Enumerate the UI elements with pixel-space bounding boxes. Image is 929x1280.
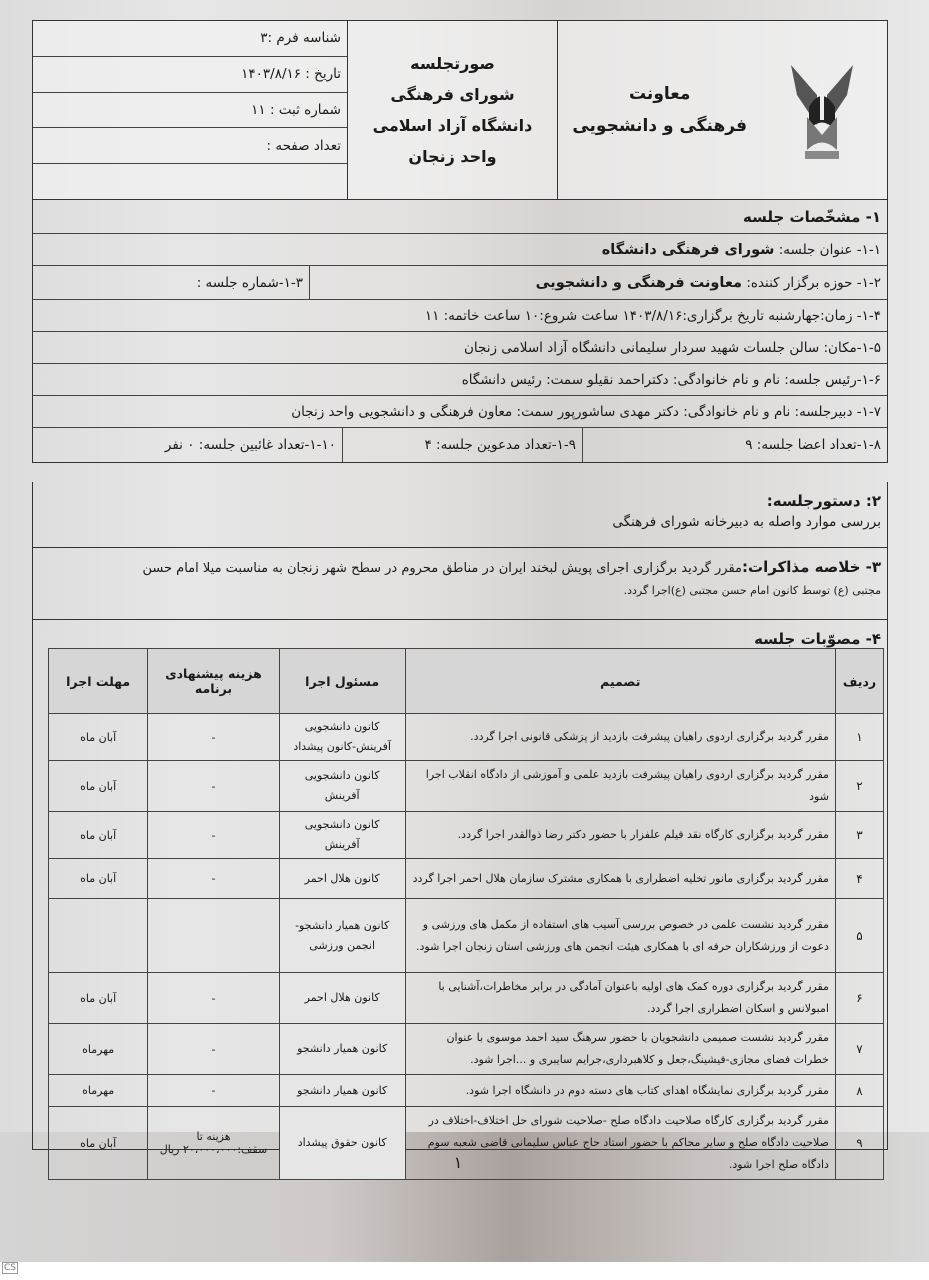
responsible-unit: کانون همیار دانشجو bbox=[279, 1024, 405, 1075]
decision-text: مقرر گردید نشست صمیمی دانشجویان با حضور … bbox=[405, 1024, 835, 1075]
row-number: ۶ bbox=[835, 973, 883, 1024]
responsible-unit: کانون دانشجویی آفرینش bbox=[279, 812, 405, 859]
table-row: ۶ مقرر گردید برگزاری دوره کمک های اولیه … bbox=[49, 973, 884, 1024]
form-id: شناسه فرم :۳ bbox=[33, 21, 347, 57]
responsible-unit: کانون هلال احمر bbox=[279, 973, 405, 1024]
row-number: ۵ bbox=[835, 899, 883, 973]
decision-text: مقرر گردید برگزاری اردوی راهیان پیشرفت ب… bbox=[405, 761, 835, 812]
deadline: آبان ماه bbox=[49, 761, 148, 812]
responsible-unit: کانون همیار دانشجو-انجمن ورزشی bbox=[279, 899, 405, 973]
agenda-heading: ۲: دستورجلسه: bbox=[33, 482, 887, 510]
responsible-unit: کانون هلال احمر bbox=[279, 859, 405, 899]
blank-meta-row bbox=[33, 164, 347, 199]
document-title: صورتجلسه شورای فرهنگی دانشگاه آزاد اسلام… bbox=[347, 21, 557, 199]
secretary-row: ۱-۷- دبیرجلسه: نام و نام خانوادگی: دکتر … bbox=[33, 396, 887, 428]
proposed-cost bbox=[148, 899, 279, 973]
registration-number: شماره ثبت : ۱۱ bbox=[33, 93, 347, 129]
row-number: ۸ bbox=[835, 1075, 883, 1107]
deadline: مهرماه bbox=[49, 1024, 148, 1075]
invitees-count: ۱-۹-تعداد مدعوین جلسه: ۴ bbox=[342, 428, 582, 462]
title-line: شورای فرهنگی bbox=[390, 79, 514, 110]
table-row: ۴ مقرر گردید برگزاری مانور تخلیه اضطراری… bbox=[49, 859, 884, 899]
proposed-cost: - bbox=[148, 1024, 279, 1075]
deadline: آبان ماه bbox=[49, 859, 148, 899]
meeting-title-label: ۱-۱- عنوان جلسه: bbox=[779, 242, 881, 258]
discussion-line-2: مجتبی (ع) توسط کانون امام حسن مجتبی (ع)ا… bbox=[33, 576, 887, 597]
responsible-unit: کانون دانشجویی آفرینش-کانون پیشداد bbox=[279, 714, 405, 761]
col-deadline: مهلت اجرا bbox=[49, 649, 148, 714]
organizer-value: معاونت فرهنگی و دانشجویی bbox=[536, 275, 742, 291]
proposed-cost: - bbox=[148, 714, 279, 761]
deadline bbox=[49, 899, 148, 973]
section-agenda: ۲: دستورجلسه: بررسی موارد واصله به دبیرخ… bbox=[32, 482, 888, 548]
table-row: ۷ مقرر گردید نشست صمیمی دانشجویان با حضو… bbox=[49, 1024, 884, 1075]
time-row: ۱-۴- زمان:جهارشنبه تاریخ برگزاری:۱۴۰۳/۸/… bbox=[33, 300, 887, 332]
row-number: ۱ bbox=[835, 714, 883, 761]
org-line-2: فرهنگی و دانشجویی bbox=[572, 110, 747, 142]
decision-text: مقرر گردید نشست علمی در خصوص بررسی آسیب … bbox=[405, 899, 835, 973]
deadline: مهرماه bbox=[49, 1075, 148, 1107]
agenda-body: بررسی موارد واصله به دبیرخانه شورای فرهن… bbox=[33, 510, 887, 534]
proposed-cost: - bbox=[148, 761, 279, 812]
scanner-badge: CS bbox=[2, 1262, 18, 1274]
title-line: واحد زنجان bbox=[408, 141, 496, 172]
title-line: دانشگاه آزاد اسلامی bbox=[373, 110, 533, 141]
responsible-unit: کانون همیار دانشجو bbox=[279, 1075, 405, 1107]
table-row: ۵ مقرر گردید نشست علمی در خصوص بررسی آسی… bbox=[49, 899, 884, 973]
deadline: آبان ماه bbox=[49, 973, 148, 1024]
proposed-cost: - bbox=[148, 1075, 279, 1107]
form-date: تاریخ : ۱۴۰۳/۸/۱۶ bbox=[33, 57, 347, 93]
document-header: معاونت فرهنگی و دانشجویی صورتجلسه شورای … bbox=[32, 20, 888, 200]
organizer-label: ۱-۲- حوزه برگزار کننده: bbox=[746, 275, 881, 291]
form-meta: شناسه فرم :۳ تاریخ : ۱۴۰۳/۸/۱۶ شماره ثبت… bbox=[33, 21, 347, 199]
responsible-unit: کانون دانشجویی آفرینش bbox=[279, 761, 405, 812]
row-number: ۴ bbox=[835, 859, 883, 899]
place-row: ۱-۵-مکان: سالن جلسات شهید سردار سلیمانی … bbox=[33, 332, 887, 364]
absentees-count: ۱-۱۰-تعداد غائبین جلسه: ۰ نفر bbox=[33, 428, 342, 462]
decision-text: مقرر گردید برگزاری کارگاه نقد فیلم علفزا… bbox=[405, 812, 835, 859]
row-number: ۷ bbox=[835, 1024, 883, 1075]
decision-text: مقرر گردید برگزاری مانور تخلیه اضطراری ب… bbox=[405, 859, 835, 899]
org-cell: معاونت فرهنگی و دانشجویی bbox=[557, 21, 887, 199]
title-line: صورتجلسه bbox=[410, 48, 495, 79]
counts-row: ۱-۸-تعداد اعضا جلسه: ۹ ۱-۹-تعداد مدعوین … bbox=[33, 428, 887, 462]
resolutions-heading: ۴- مصوّبات جلسه bbox=[33, 620, 887, 648]
row-number: ۳ bbox=[835, 812, 883, 859]
deadline: آبان ماه bbox=[49, 714, 148, 761]
org-line-1: معاونت bbox=[572, 78, 747, 110]
minutes-document: معاونت فرهنگی و دانشجویی صورتجلسه شورای … bbox=[28, 8, 888, 1253]
proposed-cost: - bbox=[148, 973, 279, 1024]
table-row: ۳ مقرر گردید برگزاری کارگاه نقد فیلم علف… bbox=[49, 812, 884, 859]
col-row-number: ردیف bbox=[835, 649, 883, 714]
vice-presidency-title: معاونت فرهنگی و دانشجویی bbox=[572, 78, 747, 142]
discussion-line-1: ۳- خلاصه مذاکرات:مقرر گردید برگزاری اجرا… bbox=[33, 548, 887, 576]
decision-text: مقرر گردید برگزاری نمایشگاه اهدای کتاب ه… bbox=[405, 1075, 835, 1107]
meeting-title-row: ۱-۱- عنوان جلسه: شورای فرهنگی دانشگاه bbox=[33, 234, 887, 266]
discussion-text: مقرر گردید برگزاری اجرای پویش لبخند ایرا… bbox=[143, 561, 743, 576]
university-logo-icon bbox=[787, 55, 857, 165]
col-proposed-cost: هزینه پیشنهادی برنامه bbox=[148, 649, 279, 714]
section1-heading: ۱- مشخّصات جلسه bbox=[33, 200, 887, 234]
chair-row: ۱-۶-رئیس جلسه: نام و نام خانوادگی: دکترا… bbox=[33, 364, 887, 396]
page-number: ۱ bbox=[28, 1153, 888, 1172]
decision-text: مقرر گردید برگزاری دوره کمک های اولیه با… bbox=[405, 973, 835, 1024]
page-count: تعداد صفحه : bbox=[33, 128, 347, 164]
deadline: آبان ماه bbox=[49, 812, 148, 859]
proposed-cost: - bbox=[148, 812, 279, 859]
table-row: ۱ مقرر گردید برگزاری اردوی راهیان پیشرفت… bbox=[49, 714, 884, 761]
members-count: ۱-۸-تعداد اعضا جلسه: ۹ bbox=[582, 428, 887, 462]
section-discussion-summary: ۳- خلاصه مذاکرات:مقرر گردید برگزاری اجرا… bbox=[32, 548, 888, 620]
decision-text: مقرر گردید برگزاری اردوی راهیان پیشرفت ب… bbox=[405, 714, 835, 761]
organizer-row: ۱-۲- حوزه برگزار کننده: معاونت فرهنگی و … bbox=[33, 266, 887, 300]
session-number: ۱-۳-شماره جلسه : bbox=[33, 266, 309, 299]
organizer-cell: ۱-۲- حوزه برگزار کننده: معاونت فرهنگی و … bbox=[309, 266, 887, 299]
discussion-heading: ۳- خلاصه مذاکرات: bbox=[742, 558, 881, 576]
proposed-cost: - bbox=[148, 859, 279, 899]
meeting-title-value: شورای فرهنگی دانشگاه bbox=[602, 242, 775, 258]
col-decision: تصمیم bbox=[405, 649, 835, 714]
table-header-row: ردیف تصمیم مسئول اجرا هزینه پیشنهادی برن… bbox=[49, 649, 884, 714]
table-row: ۲ مقرر گردید برگزاری اردوی راهیان پیشرفت… bbox=[49, 761, 884, 812]
section-meeting-details: ۱- مشخّصات جلسه ۱-۱- عنوان جلسه: شورای ف… bbox=[32, 200, 888, 463]
resolutions-table: ردیف تصمیم مسئول اجرا هزینه پیشنهادی برن… bbox=[48, 648, 884, 1180]
row-number: ۲ bbox=[835, 761, 883, 812]
table-row: ۸ مقرر گردید برگزاری نمایشگاه اهدای کتاب… bbox=[49, 1075, 884, 1107]
col-responsible: مسئول اجرا bbox=[279, 649, 405, 714]
